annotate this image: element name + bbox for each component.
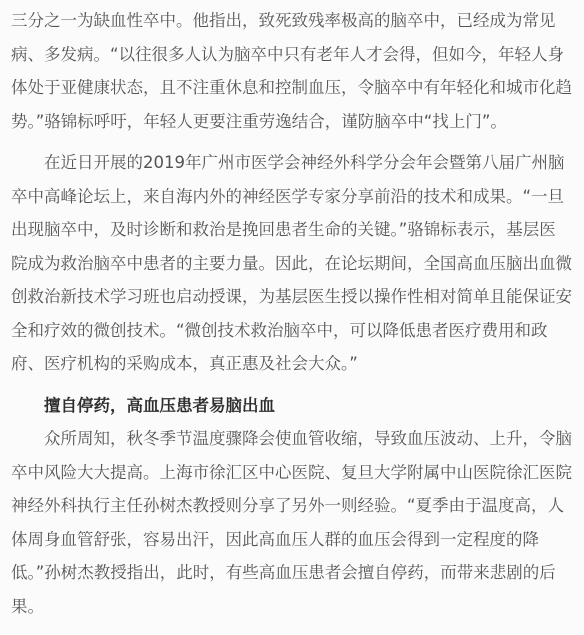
text-line: 体处于亚健康状态，且不注重休息和控制血压，令脑卒中有年轻化和城市化趋 (11, 71, 573, 105)
text-line: 全和疗效的微创技术。“微创技术救治脑卒中，可以降低患者医疗费用和政 (11, 314, 573, 348)
paragraph-2: 在近日开展的2019年广州市医学会神经外科学分会年会暨第八届广州脑 卒中高峰论坛… (11, 146, 573, 381)
article-page: 三分之一为缺血性卒中。他指出，致死致残率极高的脑卒中，已经成为常见 病、多发病。… (0, 0, 584, 623)
text-line: 卒中风险大大提高。上海市徐汇区中心医院、复旦大学附属中山医院徐汇医院 (11, 456, 573, 490)
text-line: 出现脑卒中，及时诊断和救治是挽回患者生命的关键。”骆锦标表示，基层医 (11, 213, 573, 247)
text-line: 三分之一为缺血性卒中。他指出，致死致残率极高的脑卒中，已经成为常见 (11, 4, 573, 38)
text-line: 在近日开展的2019年广州市医学会神经外科学分会年会暨第八届广州脑 (11, 146, 573, 180)
text-line: 果。 (11, 590, 573, 624)
text-line: 病、多发病。“以往很多人认为脑卒中只有老年人才会得，但如今，年轻人身 (11, 38, 573, 72)
text-line: 体周身血管舒张，容易出汗，因此高血压人群的血压会得到一定程度的降 (11, 523, 573, 557)
text-line: 势。”骆锦标呼吁，年轻人更要注重劳逸结合，谨防脑卒中“找上门”。 (11, 105, 573, 139)
text-line: 众所周知，秋冬季节温度骤降会使血管收缩，导致血压波动、上升，令脑 (11, 422, 573, 456)
text-line: 创救治新技术学习班也启动授课，为基层医生授以操作性相对简单且能保证安 (11, 280, 573, 314)
text-line: 院成为救治脑卒中患者的主要力量。因此，在论坛期间，全国高血压脑出血微 (11, 247, 573, 281)
text-line: 卒中高峰论坛上，来自海内外的神经医学专家分享前沿的技术和成果。“一旦 (11, 180, 573, 214)
text-line: 神经外科执行主任孙树杰教授则分享了另外一则经验。“夏季由于温度高，人 (11, 489, 573, 523)
paragraph-1: 三分之一为缺血性卒中。他指出，致死致残率极高的脑卒中，已经成为常见 病、多发病。… (11, 4, 573, 138)
section-heading: 擅自停药，高血压患者易脑出血 (11, 389, 573, 423)
text-line: 低。”孙树杰教授指出，此时，有些高血压患者会擅自停药，而带来悲剧的后 (11, 556, 573, 590)
text-line: 府、医疗机构的采购成本，真正惠及社会大众。” (11, 347, 573, 381)
paragraph-3: 众所周知，秋冬季节温度骤降会使血管收缩，导致血压波动、上升，令脑 卒中风险大大提… (11, 422, 573, 623)
